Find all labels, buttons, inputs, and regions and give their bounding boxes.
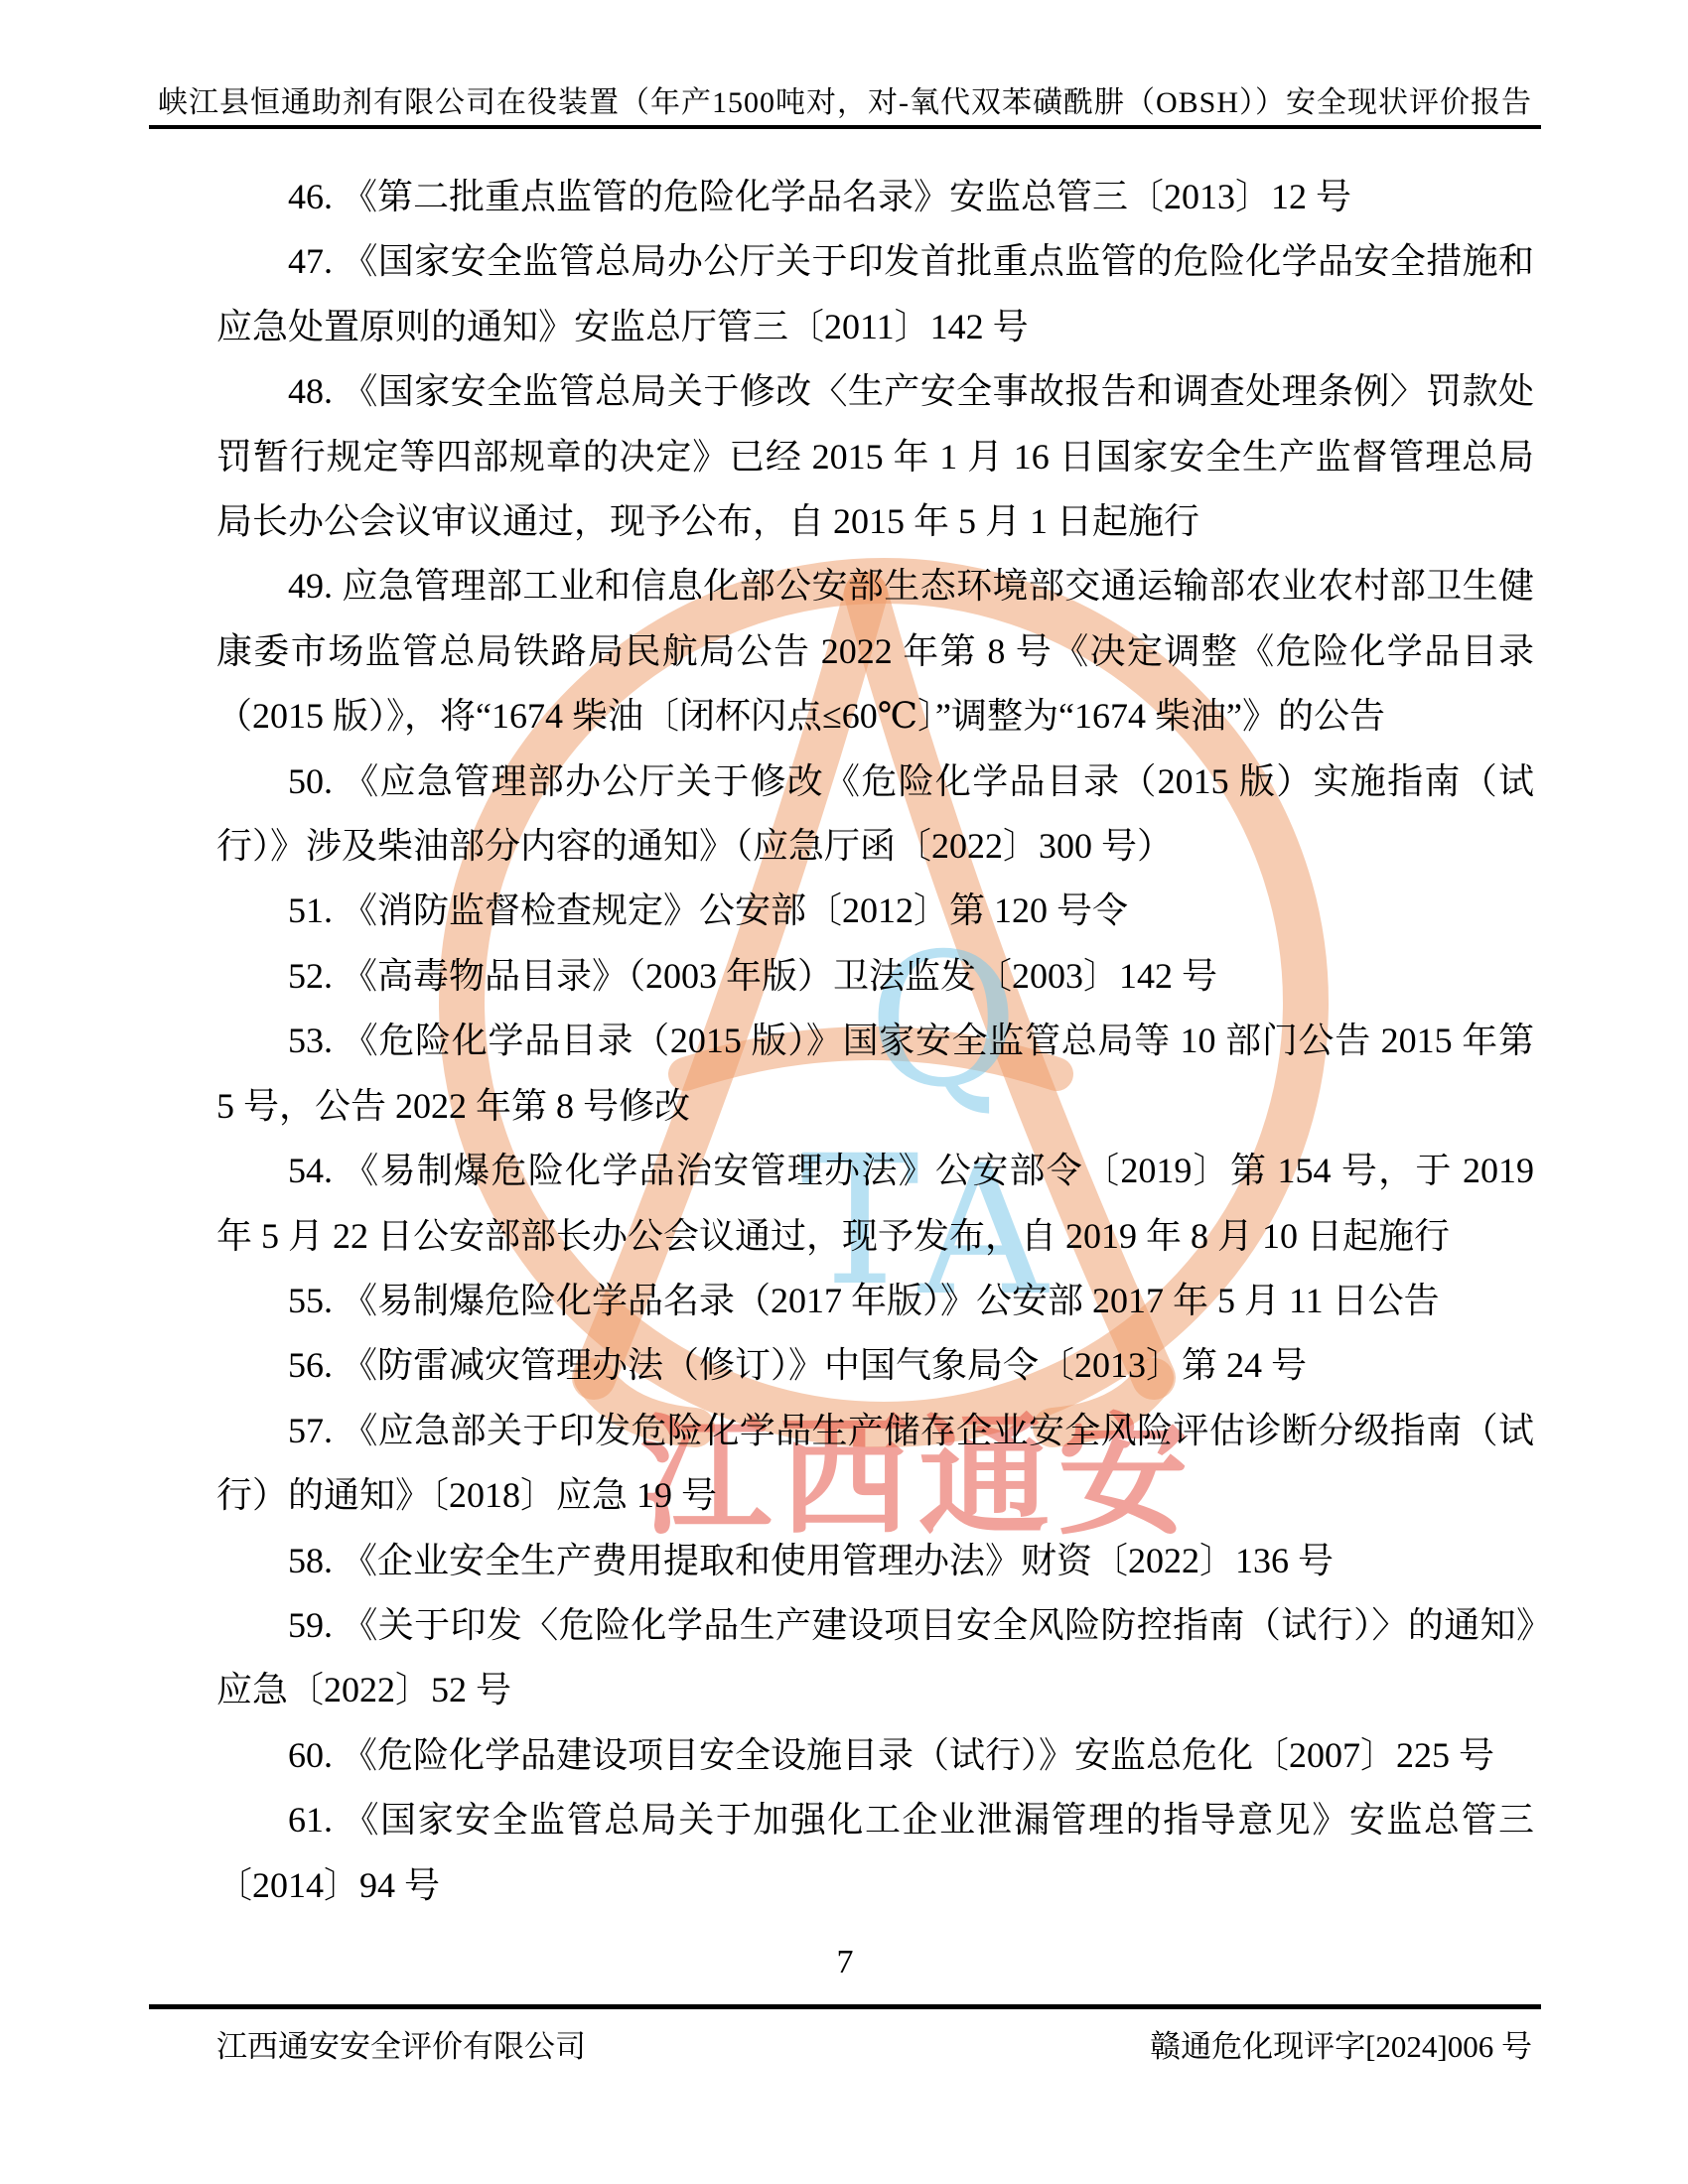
list-item: 58. 《企业安全生产费用提取和使用管理办法》财资〔2022〕136 号 xyxy=(216,1529,1534,1593)
header-rule xyxy=(149,125,1541,129)
page-number: 7 xyxy=(149,1944,1541,1981)
list-item: 60. 《危险化学品建设项目安全设施目录（试行）》安监总危化〔2007〕225 … xyxy=(216,1723,1534,1788)
list-item: 59. 《关于印发〈危险化学品生产建设项目安全风险防控指南（试行）〉的通知》应急… xyxy=(216,1593,1534,1723)
list-item: 51. 《消防监督检查规定》公安部〔2012〕第 120 号令 xyxy=(216,879,1534,943)
regulation-list: 46. 《第二批重点监管的危险化学品名录》安监总管三〔2013〕12 号 47.… xyxy=(216,165,1534,1918)
page-header-title: 峡江县恒通助剂有限公司在役装置（年产1500吨对，对-氧代双苯磺酰肼（OBSH）… xyxy=(149,77,1541,121)
list-item: 55. 《易制爆危险化学品名录（2017 年版）》公安部 2017 年 5 月 … xyxy=(216,1269,1534,1333)
footer-doc-number: 赣通危化现评字[2024]006 号 xyxy=(1150,2021,1532,2066)
list-item: 54. 《易制爆危险化学品治安管理办法》公安部令〔2019〕第 154 号，于 … xyxy=(216,1139,1534,1269)
footer-rule xyxy=(149,2004,1541,2009)
list-item: 48. 《国家安全监管总局关于修改〈生产安全事故报告和调查处理条例〉罚款处罚暂行… xyxy=(216,359,1534,554)
footer-company: 江西通安安全评价有限公司 xyxy=(216,2021,586,2066)
list-item: 46. 《第二批重点监管的危险化学品名录》安监总管三〔2013〕12 号 xyxy=(216,165,1534,229)
list-item: 53. 《危险化学品目录（2015 版）》国家安全监管总局等 10 部门公告 2… xyxy=(216,1009,1534,1139)
list-item: 61. 《国家安全监管总局关于加强化工企业泄漏管理的指导意见》安监总管三〔201… xyxy=(216,1788,1534,1918)
list-item: 52. 《高毒物品目录》（2003 年版）卫法监发〔2003〕142 号 xyxy=(216,944,1534,1009)
list-item: 57. 《应急部关于印发危险化学品生产储存企业安全风险评估诊断分级指南（试行）的… xyxy=(216,1399,1534,1529)
list-item: 56. 《防雷减灾管理办法（修订）》中国气象局令〔2013〕第 24 号 xyxy=(216,1333,1534,1398)
list-item: 47. 《国家安全监管总局办公厅关于印发首批重点监管的危险化学品安全措施和应急处… xyxy=(216,229,1534,359)
document-page: { "header": { "title": "峡江县恒通助剂有限公司在役装置（… xyxy=(0,0,1688,2184)
list-item: 50. 《应急管理部办公厅关于修改《危险化学品目录（2015 版）实施指南（试行… xyxy=(216,750,1534,880)
list-item: 49. 应急管理部工业和信息化部公安部生态环境部交通运输部农业农村部卫生健康委市… xyxy=(216,554,1534,749)
